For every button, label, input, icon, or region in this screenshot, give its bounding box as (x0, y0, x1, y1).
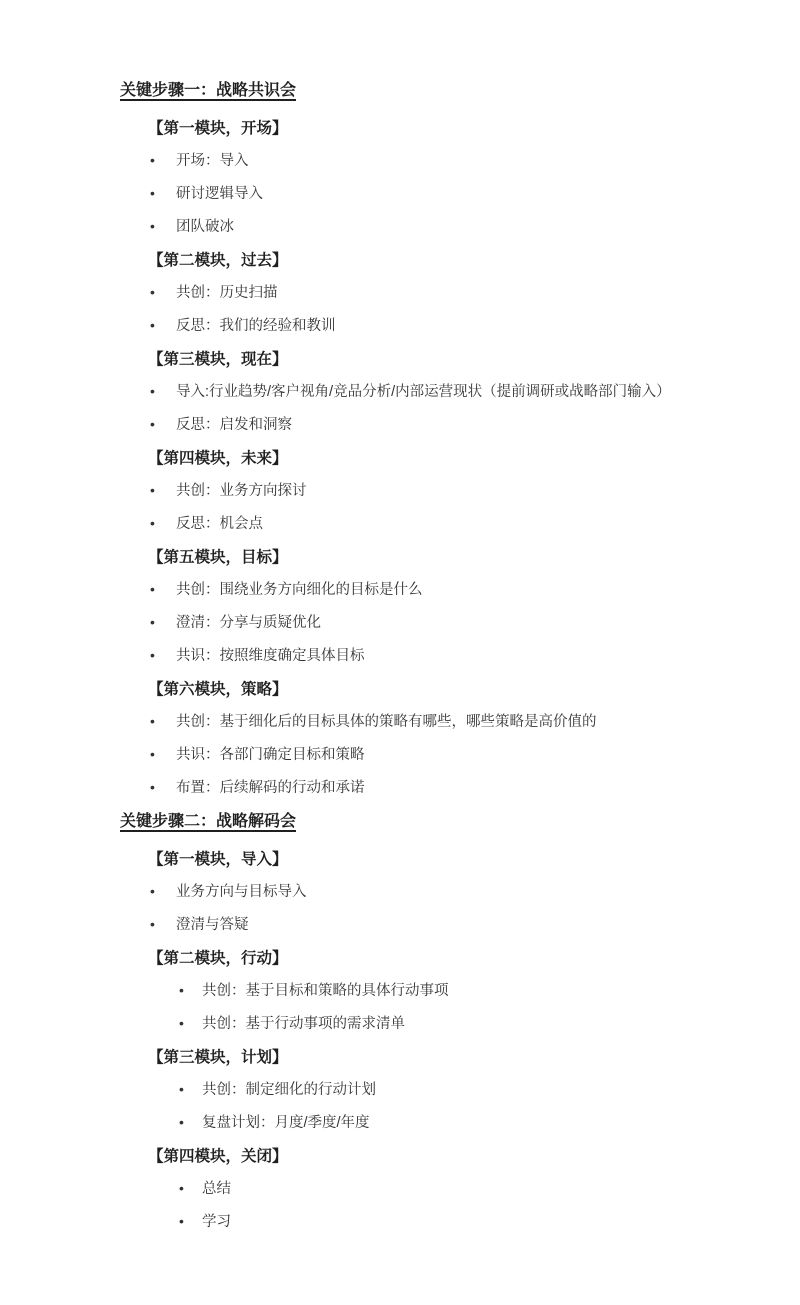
bullet-item-text: 导入:行业趋势/客户视角/竞品分析/内部运营现状（提前调研或战略部门输入） (176, 380, 671, 401)
bullet-icon: • (150, 317, 176, 333)
bullet-item: •学习 (0, 1204, 800, 1237)
module-heading: 【第六模块，策略】 (0, 671, 800, 704)
bullet-icon: • (150, 416, 176, 432)
bullet-icon: • (179, 1213, 202, 1229)
bullet-icon: • (150, 713, 176, 729)
bullet-icon: • (150, 581, 176, 597)
document-page: 关键步骤一：战略共识会【第一模块，开场】•开场：导入•研讨逻辑导入•团队破冰【第… (0, 0, 800, 1305)
bullet-item: •导入:行业趋势/客户视角/竞品分析/内部运营现状（提前调研或战略部门输入） (0, 374, 800, 407)
bullet-item-text: 共识：按照维度确定具体目标 (176, 644, 365, 665)
bullet-icon: • (179, 1081, 202, 1097)
bullet-icon: • (150, 614, 176, 630)
bullet-item: •布置：后续解码的行动和承诺 (0, 770, 800, 803)
bullet-item-text: 共创：历史扫描 (176, 281, 278, 302)
bullet-item: •共创：围绕业务方向细化的目标是什么 (0, 572, 800, 605)
bullet-item: •澄清与答疑 (0, 907, 800, 940)
module-heading: 【第二模块，行动】 (0, 940, 800, 973)
bullet-icon: • (150, 152, 176, 168)
module-heading: 【第四模块，关闭】 (0, 1138, 800, 1171)
bullet-icon: • (150, 284, 176, 300)
bullet-item: •团队破冰 (0, 209, 800, 242)
bullet-icon: • (179, 1015, 202, 1031)
module-heading: 【第三模块，现在】 (0, 341, 800, 374)
bullet-item-text: 澄清与答疑 (176, 913, 249, 934)
bullet-item-text: 反思：我们的经验和教训 (176, 314, 336, 335)
bullet-item-text: 共创：围绕业务方向细化的目标是什么 (176, 578, 423, 599)
module-heading: 【第一模块，开场】 (0, 110, 800, 143)
bullet-item: •澄清：分享与质疑优化 (0, 605, 800, 638)
step-heading: 关键步骤一：战略共识会 (0, 72, 800, 105)
bullet-icon: • (179, 982, 202, 998)
bullet-item: •共创：基于行动事项的需求清单 (0, 1006, 800, 1039)
bullet-icon: • (150, 647, 176, 663)
bullet-item-text: 研讨逻辑导入 (176, 182, 263, 203)
bullet-item: •复盘计划：月度/季度/年度 (0, 1105, 800, 1138)
bullet-item: •共创：业务方向探讨 (0, 473, 800, 506)
bullet-item-text: 共创：业务方向探讨 (176, 479, 307, 500)
step-heading: 关键步骤二：战略解码会 (0, 803, 800, 836)
bullet-item: •业务方向与目标导入 (0, 874, 800, 907)
bullet-icon: • (150, 383, 176, 399)
module-heading: 【第二模块，过去】 (0, 242, 800, 275)
bullet-item: •共创：基于目标和策略的具体行动事项 (0, 973, 800, 1006)
module-heading: 【第五模块，目标】 (0, 539, 800, 572)
bullet-item: •反思：机会点 (0, 506, 800, 539)
bullet-icon: • (179, 1114, 202, 1130)
bullet-item: •反思：我们的经验和教训 (0, 308, 800, 341)
bullet-icon: • (150, 883, 176, 899)
bullet-item-text: 总结 (202, 1177, 231, 1198)
bullet-item: •共创：基于细化后的目标具体的策略有哪些，哪些策略是高价值的 (0, 704, 800, 737)
bullet-item: •反思：启发和洞察 (0, 407, 800, 440)
document-content: 关键步骤一：战略共识会【第一模块，开场】•开场：导入•研讨逻辑导入•团队破冰【第… (0, 72, 800, 1237)
bullet-item: •研讨逻辑导入 (0, 176, 800, 209)
bullet-item: •总结 (0, 1171, 800, 1204)
bullet-item-text: 团队破冰 (176, 215, 234, 236)
bullet-item-text: 学习 (202, 1210, 231, 1231)
bullet-item: •共识：按照维度确定具体目标 (0, 638, 800, 671)
bullet-item: •共创：历史扫描 (0, 275, 800, 308)
bullet-item: •共创：制定细化的行动计划 (0, 1072, 800, 1105)
bullet-icon: • (150, 916, 176, 932)
bullet-icon: • (150, 779, 176, 795)
bullet-item-text: 反思：启发和洞察 (176, 413, 292, 434)
bullet-item-text: 澄清：分享与质疑优化 (176, 611, 321, 632)
bullet-icon: • (150, 482, 176, 498)
bullet-icon: • (179, 1180, 202, 1196)
bullet-item-text: 共创：制定细化的行动计划 (202, 1078, 376, 1099)
bullet-item: •共识：各部门确定目标和策略 (0, 737, 800, 770)
module-heading: 【第四模块，未来】 (0, 440, 800, 473)
bullet-icon: • (150, 185, 176, 201)
bullet-item-text: 布置：后续解码的行动和承诺 (176, 776, 365, 797)
bullet-item-text: 共识：各部门确定目标和策略 (176, 743, 365, 764)
module-heading: 【第三模块，计划】 (0, 1039, 800, 1072)
bullet-item-text: 共创：基于目标和策略的具体行动事项 (202, 979, 449, 1000)
bullet-item-text: 开场：导入 (176, 149, 249, 170)
bullet-icon: • (150, 515, 176, 531)
bullet-item-text: 共创：基于细化后的目标具体的策略有哪些，哪些策略是高价值的 (176, 710, 597, 731)
bullet-icon: • (150, 218, 176, 234)
bullet-item-text: 共创：基于行动事项的需求清单 (202, 1012, 405, 1033)
bullet-item-text: 业务方向与目标导入 (176, 880, 307, 901)
bullet-icon: • (150, 746, 176, 762)
bullet-item-text: 复盘计划：月度/季度/年度 (202, 1111, 370, 1132)
module-heading: 【第一模块，导入】 (0, 841, 800, 874)
bullet-item: •开场：导入 (0, 143, 800, 176)
bullet-item-text: 反思：机会点 (176, 512, 263, 533)
